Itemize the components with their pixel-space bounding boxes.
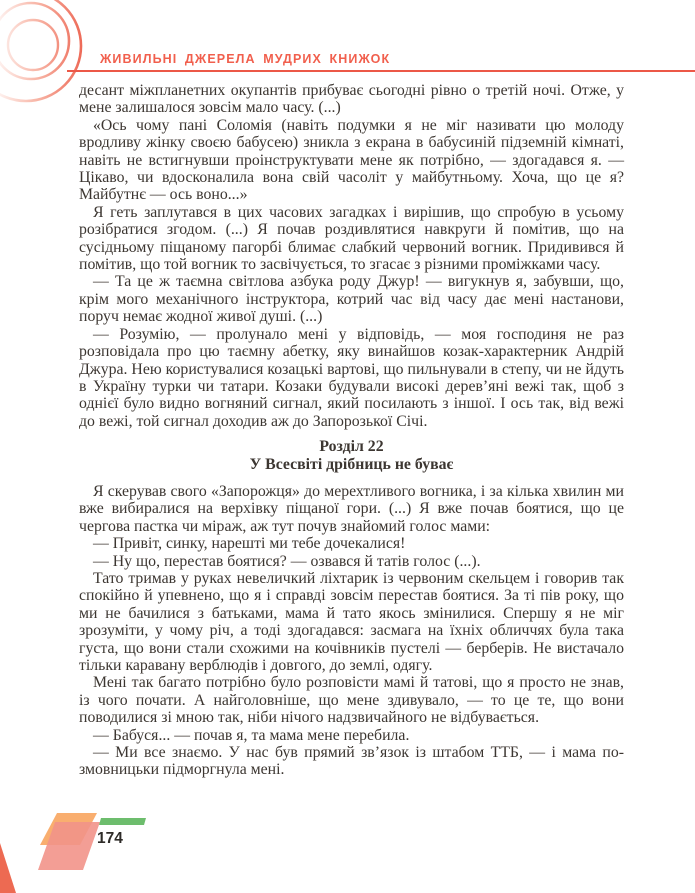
page-number: 174: [97, 830, 123, 847]
book-page: ЖИВИЛЬНІ ДЖЕРЕЛА МУДРИХ КНИЖОК десант мі…: [0, 0, 695, 893]
dialogue-paragraph: — Ну що, перестав боятися? — озвався й т…: [79, 553, 624, 570]
paragraph: Мені так багато потрібно було розповісти…: [79, 674, 624, 726]
paragraph: Я геть заплутався в цих часових загадках…: [79, 204, 624, 274]
dialogue-paragraph: — Розумію, — пролунало мені у відповідь,…: [79, 326, 624, 430]
paragraph: «Ось чому пані Соломія (навіть подумки я…: [79, 117, 624, 204]
chapter-title: У Всесвіті дрібниць не буває: [79, 456, 624, 473]
dialogue-paragraph: — Привіт, синку, нарешті ми тебе дочекал…: [79, 535, 624, 552]
footer-green-bar: [99, 818, 146, 825]
dialogue-paragraph: — Бабуся... — почав я, та мама мене пере…: [79, 727, 624, 744]
chapter-heading: Розділ 22 У Всесвіті дрібниць не буває: [79, 438, 624, 473]
dialogue-paragraph: — Ми все знаємо. У нас був прямий зв’язо…: [79, 744, 624, 779]
running-head-title: ЖИВИЛЬНІ ДЖЕРЕЛА МУДРИХ КНИЖОК: [100, 52, 390, 66]
footer-decoration: 174: [0, 805, 220, 893]
footer-parallelogram-salmon: [38, 822, 100, 870]
dialogue-paragraph: — Та це ж таємна світлова азбука роду Дж…: [79, 273, 624, 325]
footer-corner-wedge: [0, 843, 16, 893]
header-rule-line: [67, 70, 695, 72]
paragraph: Тато тримав у руках невеличкий ліхтарик …: [79, 570, 624, 674]
paragraph: Я скерував свого «Запорожця» до мерехтли…: [79, 483, 624, 535]
chapter-number: Розділ 22: [79, 438, 624, 455]
paragraph: десант міжпланетних окупантів прибуває с…: [79, 82, 624, 117]
page-text-column: десант міжпланетних окупантів прибуває с…: [79, 82, 624, 779]
